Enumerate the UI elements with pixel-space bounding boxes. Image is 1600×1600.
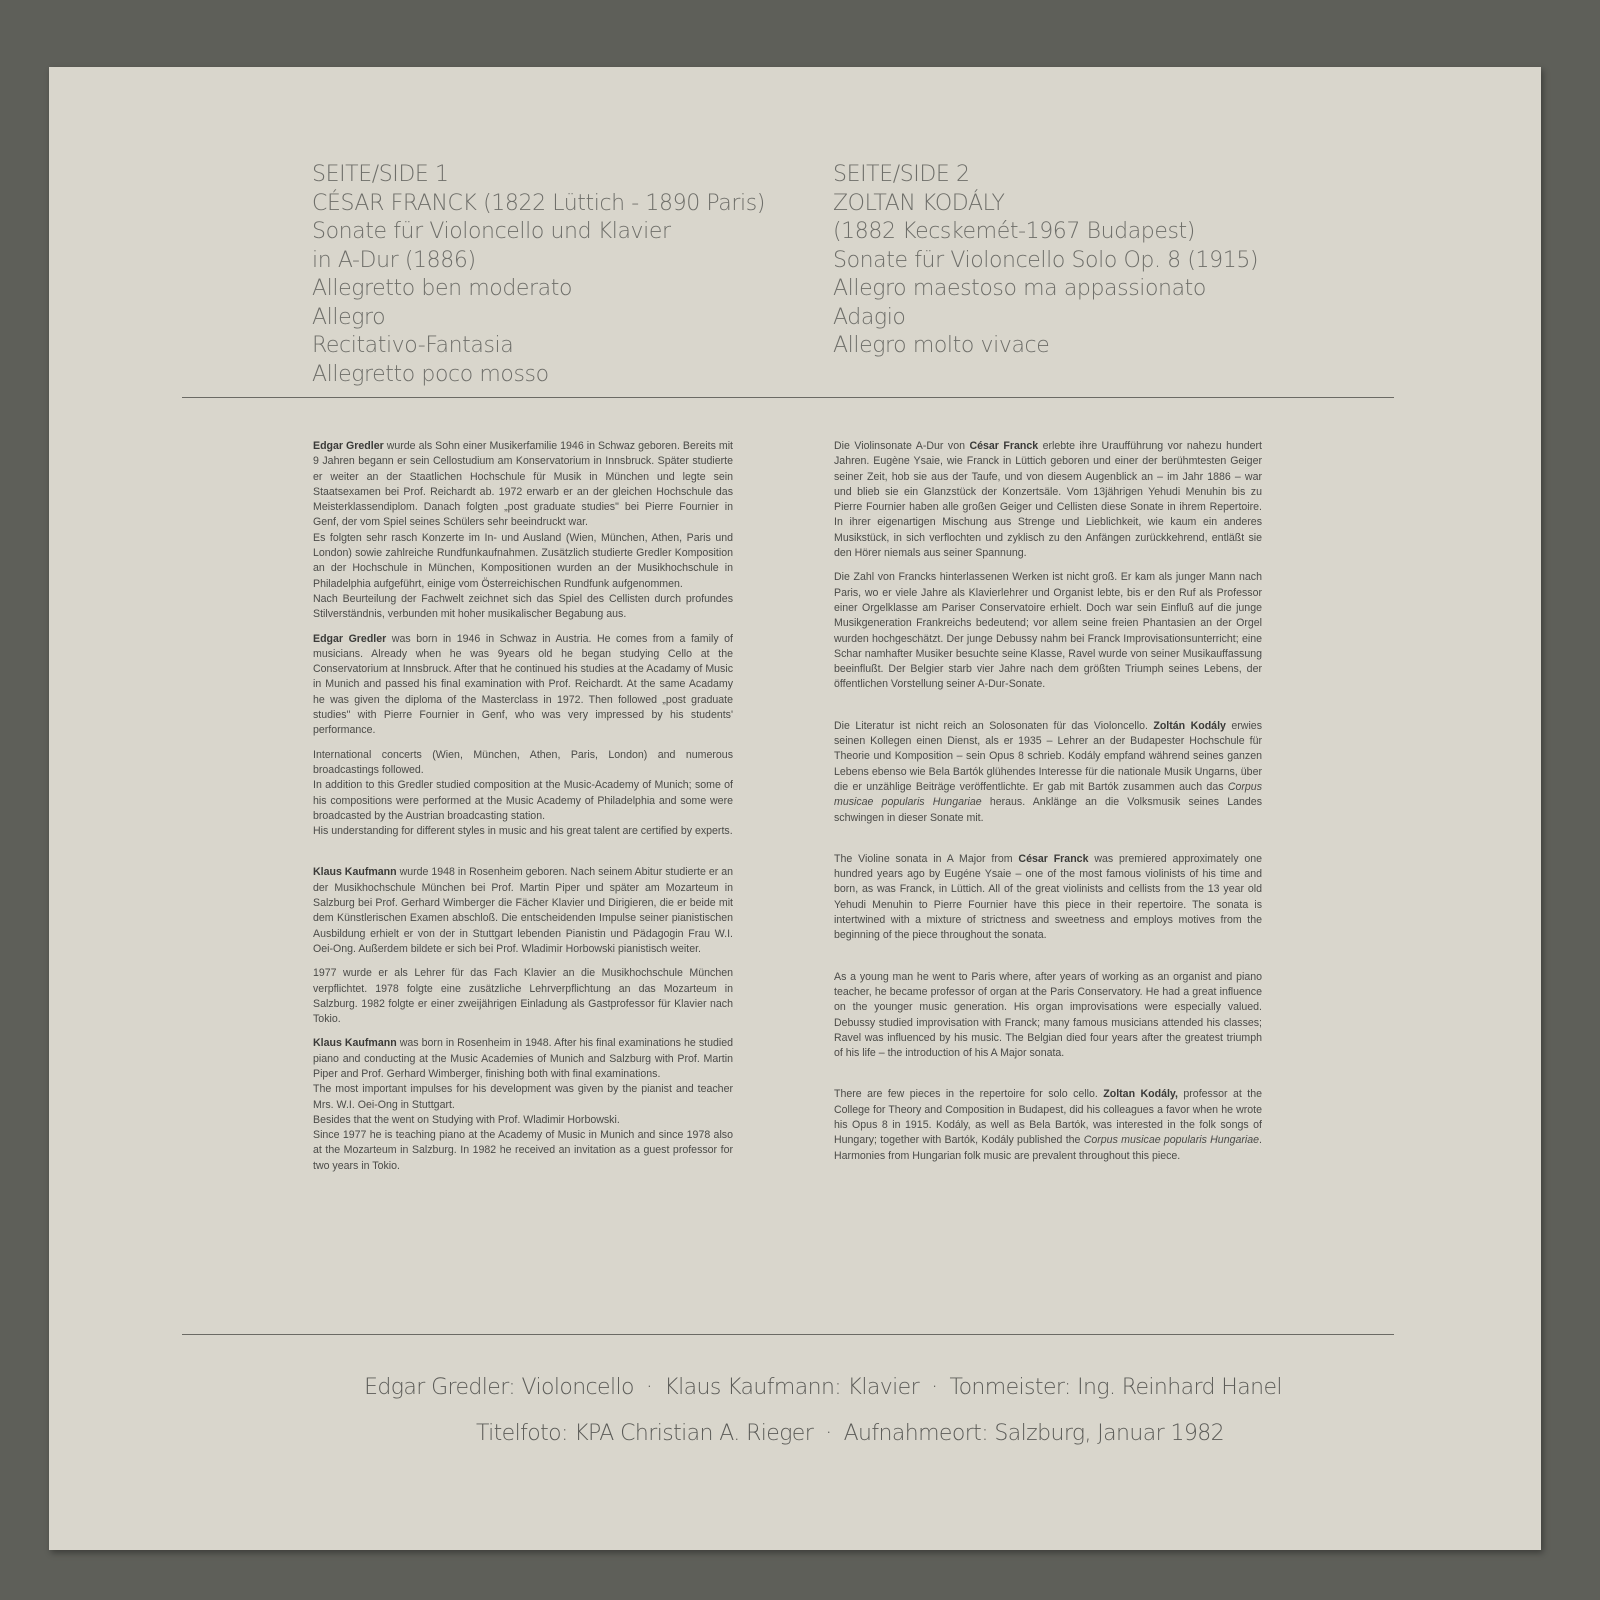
bold-name: Edgar Gredler	[313, 633, 386, 645]
side-1-work-title: Sonate für Violoncello und Klavier	[312, 218, 765, 247]
work-notes-paragraph: Die Zahl von Francks hinterlassenen Werk…	[834, 570, 1262, 692]
side-1-movement: Allegro	[312, 304, 765, 333]
side-1-heading: SEITE/SIDE 1	[312, 161, 765, 190]
side-1-tracklist: SEITE/SIDE 1 CÉSAR FRANCK (1822 Lüttich …	[312, 161, 765, 389]
biography-paragraph: Klaus Kaufmann wurde 1948 in Rosenheim g…	[313, 865, 733, 957]
bold-name: Zoltán Kodály	[1153, 720, 1226, 732]
work-notes-paragraph: Die Literatur ist nicht reich an Soloson…	[834, 719, 1262, 826]
biography-paragraph: International concerts (Wien, München, A…	[313, 748, 733, 840]
work-notes-paragraph: There are few pieces in the repertoire f…	[834, 1087, 1262, 1163]
bold-name: Edgar Gredler	[313, 440, 384, 452]
side-1-movement: Allegretto poco mosso	[312, 361, 765, 390]
biography-paragraph: 1977 wurde er als Lehrer für das Fach Kl…	[313, 966, 733, 1027]
biography-paragraph: Edgar Gredler was born in 1946 in Schwaz…	[313, 632, 733, 739]
side-2-tracklist: SEITE/SIDE 2 ZOLTAN KODÁLY (1882 Kecskem…	[833, 161, 1258, 361]
credit-cellist: Edgar Gredler: Violoncello	[364, 1375, 634, 1400]
record-sleeve-back: SEITE/SIDE 1 CÉSAR FRANCK (1822 Lüttich …	[49, 67, 1541, 1550]
italic-title: Corpus musicae popularis Hungariae	[1084, 1134, 1259, 1146]
bold-name: Klaus Kaufmann	[313, 1037, 397, 1049]
work-notes-paragraph: Die Violinsonate A-Dur von César Franck …	[834, 439, 1262, 561]
biography-paragraph: Edgar Gredler wurde als Sohn einer Musik…	[313, 439, 733, 623]
side-1-movement: Allegretto ben moderato	[312, 275, 765, 304]
separator-dot: ·	[646, 1375, 652, 1400]
work-notes-paragraph: The Violine sonata in A Major from César…	[834, 852, 1262, 944]
credit-recording-location: Aufnahmeort: Salzburg, Januar 1982	[844, 1421, 1224, 1446]
bold-name: César Franck	[1018, 853, 1088, 865]
divider-top	[182, 397, 1394, 398]
credits: Edgar Gredler: Violoncello·Klaus Kaufman…	[49, 1365, 1541, 1457]
credits-line-2: Titelfoto: KPA Christian A. Rieger·Aufna…	[159, 1411, 1541, 1457]
credits-line-1: Edgar Gredler: Violoncello·Klaus Kaufman…	[105, 1365, 1541, 1411]
liner-notes-biographies: Edgar Gredler wurde als Sohn einer Musik…	[313, 439, 733, 1183]
side-1-work-key: in A-Dur (1886)	[312, 247, 765, 276]
liner-notes-works: Die Violinsonate A-Dur von César Franck …	[834, 439, 1262, 1173]
work-notes-paragraph: As a young man he went to Paris where, a…	[834, 970, 1262, 1062]
bold-name: César Franck	[969, 440, 1038, 452]
credit-pianist: Klaus Kaufmann: Klavier	[664, 1375, 919, 1400]
credit-cover-photo: Titelfoto: KPA Christian A. Rieger	[476, 1421, 813, 1446]
side-2-movement: Allegro molto vivace	[833, 332, 1258, 361]
side-1-movement: Recitativo-Fantasia	[312, 332, 765, 361]
separator-dot: ·	[825, 1421, 831, 1446]
bold-name: Klaus Kaufmann	[313, 866, 397, 878]
side-2-heading: SEITE/SIDE 2	[833, 161, 1258, 190]
divider-bottom	[182, 1334, 1394, 1335]
bold-name: Zoltan Kodály,	[1103, 1088, 1178, 1100]
side-2-work-title: Sonate für Violoncello Solo Op. 8 (1915)	[833, 247, 1258, 276]
side-2-movement: Allegro maestoso ma appassionato	[833, 275, 1258, 304]
biography-paragraph: Klaus Kaufmann was born in Rosenheim in …	[313, 1036, 733, 1174]
side-2-composer: ZOLTAN KODÁLY	[833, 190, 1258, 219]
italic-title: Corpus musicae popularis Hungariae	[834, 781, 1262, 808]
separator-dot: ·	[931, 1375, 937, 1400]
side-1-composer: CÉSAR FRANCK (1822 Lüttich - 1890 Paris)	[312, 190, 765, 219]
side-2-movement: Adagio	[833, 304, 1258, 333]
side-2-composer-dates: (1882 Kecskemét-1967 Budapest)	[833, 218, 1258, 247]
credit-sound-engineer: Tonmeister: Ing. Reinhard Hanel	[949, 1375, 1281, 1400]
